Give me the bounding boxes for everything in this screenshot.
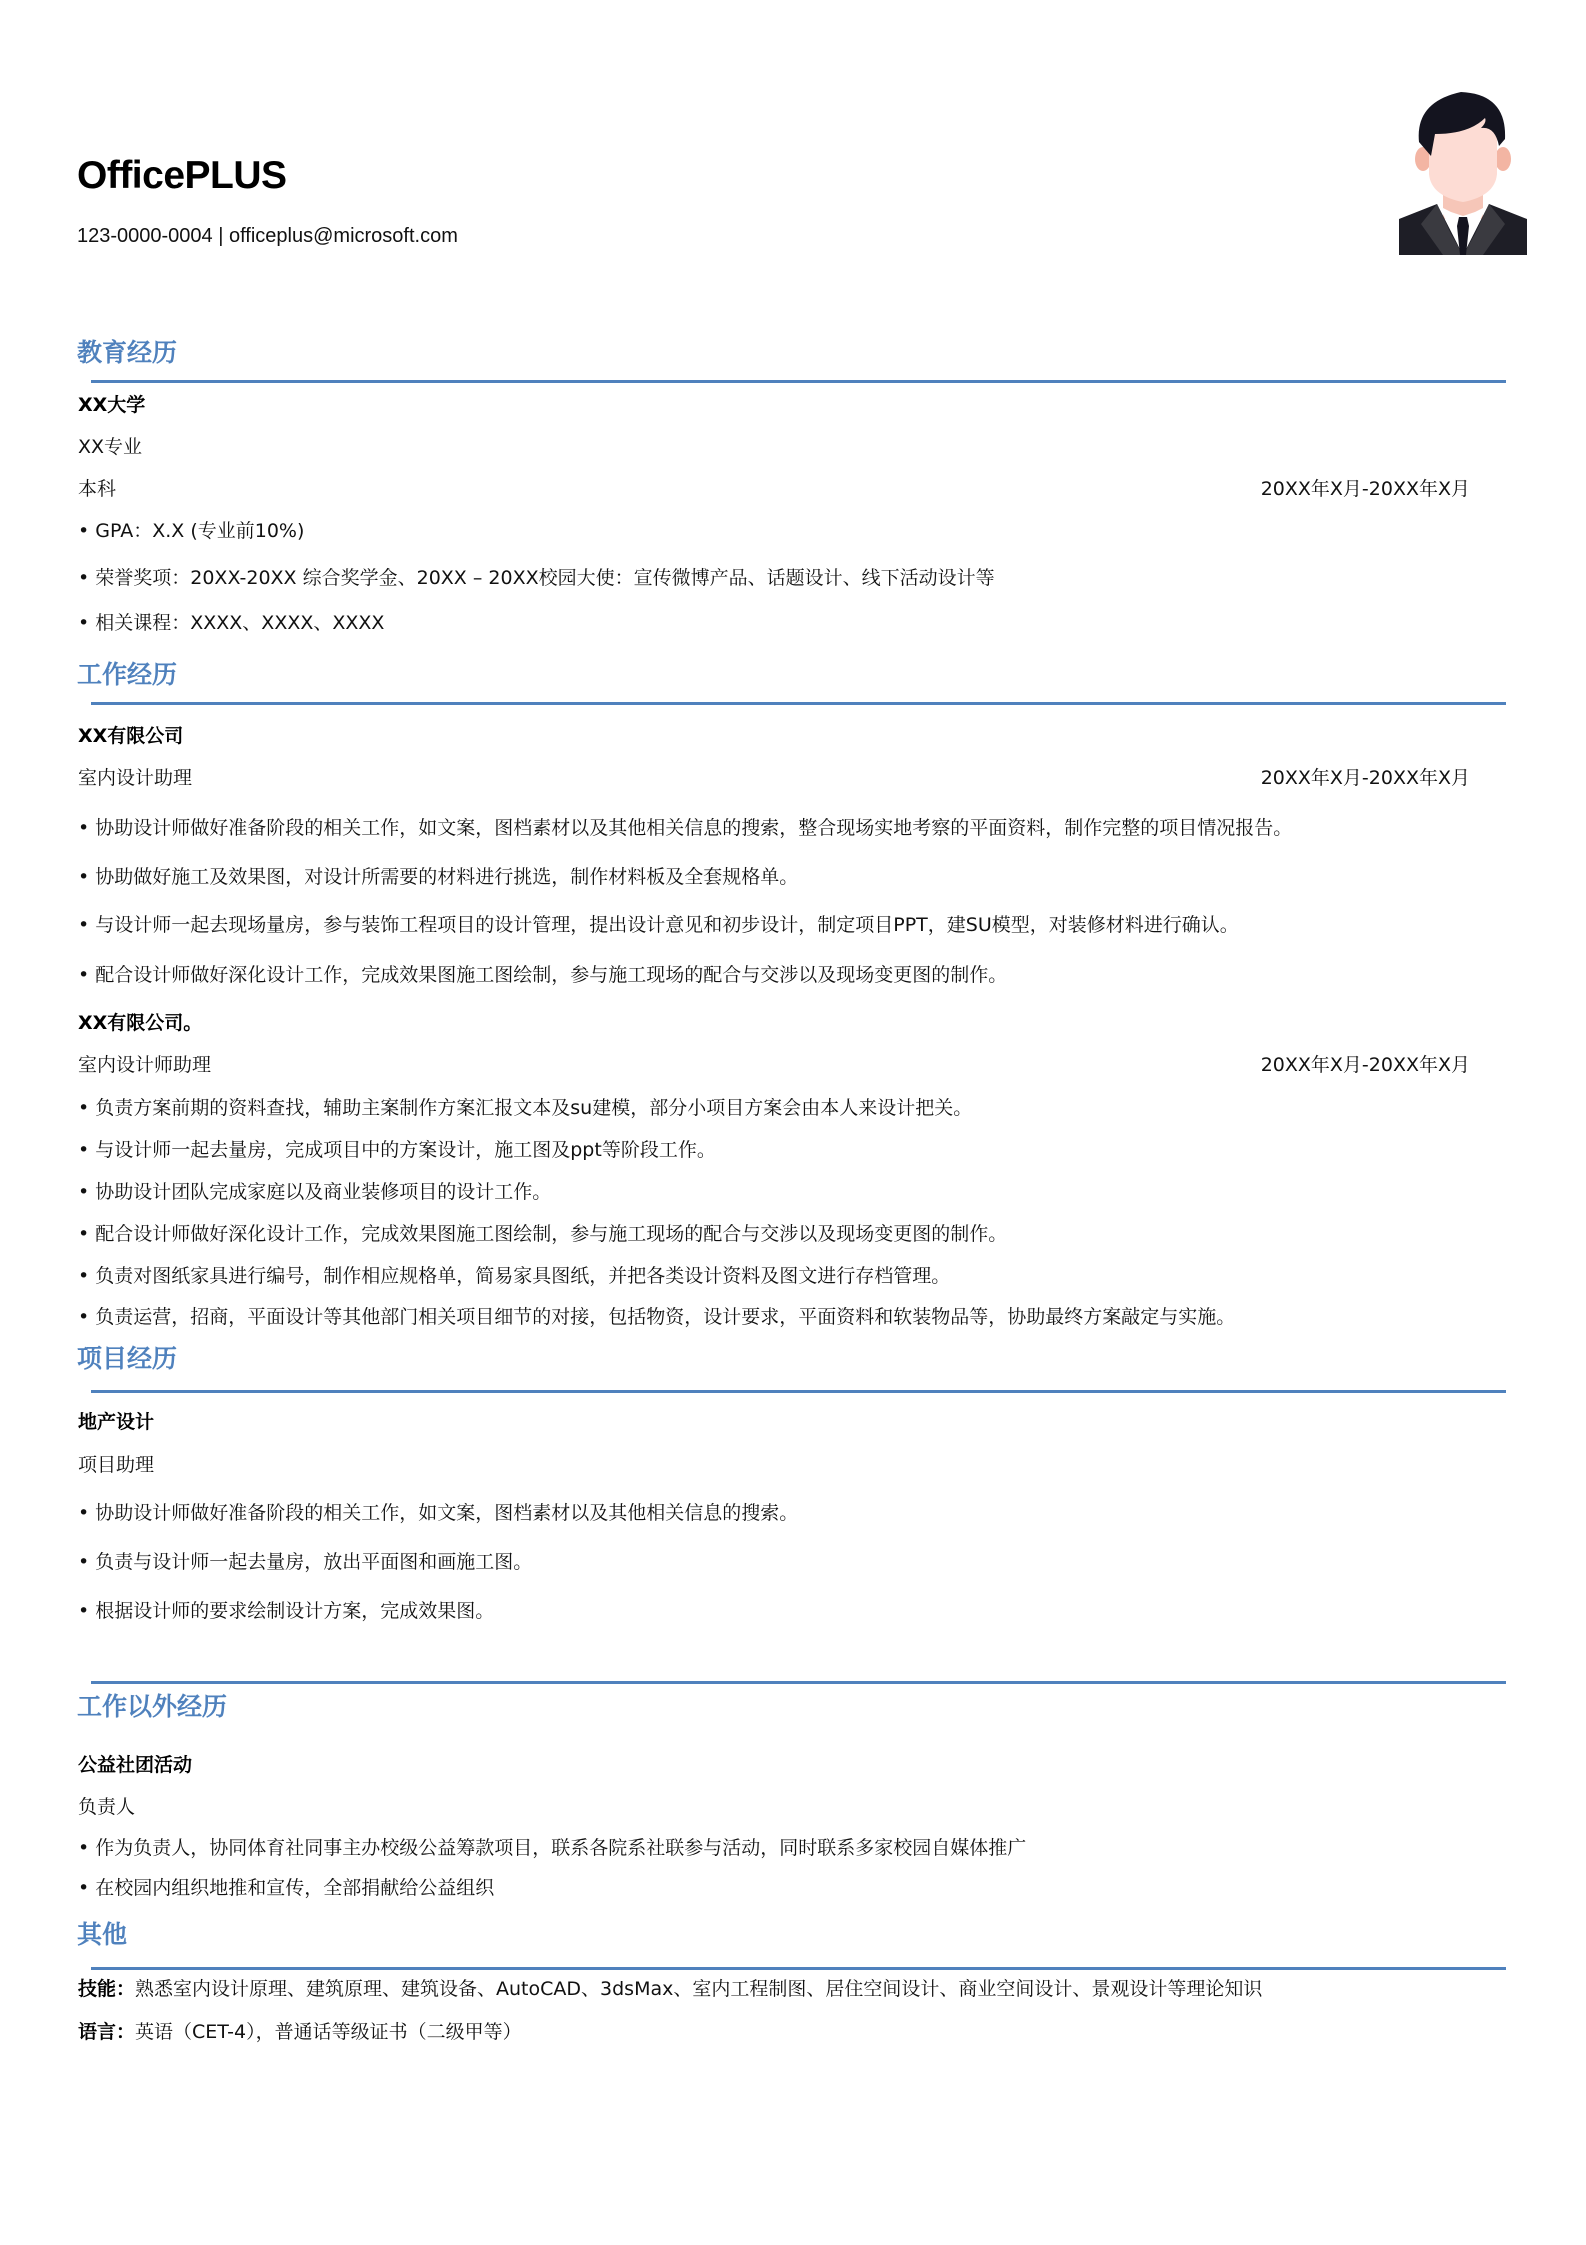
company-name: XX有限公司 xyxy=(78,722,183,750)
activity-role: 负责人 xyxy=(78,1793,135,1821)
education-bullet: • 荣誉奖项：20XX-20XX 综合奖学金、20XX – 20XX校园大使：宣… xyxy=(78,564,995,592)
education-date: 20XX年X月-20XX年X月 xyxy=(1261,475,1470,503)
job-bullet: • 负责对图纸家具进行编号，制作相应规格单，简易家具图纸，并把各类设计资料及图文… xyxy=(78,1262,950,1290)
company-name: XX有限公司。 xyxy=(78,1009,202,1037)
activity-bullet: • 在校园内组织地推和宣传，全部捐献给公益组织 xyxy=(78,1874,494,1902)
contact-info: 123-0000-0004 | officeplus@microsoft.com xyxy=(77,222,458,250)
section-title-project: 项目经历 xyxy=(77,1342,177,1376)
skills-text: 熟悉室内设计原理、建筑原理、建筑设备、AutoCAD、3dsMax、室内工程制图… xyxy=(135,1978,1262,2000)
project-bullet: • 根据设计师的要求绘制设计方案，完成效果图。 xyxy=(78,1597,494,1625)
skills-label: 技能： xyxy=(78,1978,135,2000)
job-date: 20XX年X月-20XX年X月 xyxy=(1261,1051,1470,1079)
job-bullet: • 协助设计团队完成家庭以及商业装修项目的设计工作。 xyxy=(78,1178,551,1206)
job-role: 室内设计助理 xyxy=(78,764,192,792)
job-date: 20XX年X月-20XX年X月 xyxy=(1261,764,1470,792)
job-bullet: • 负责方案前期的资料查找，辅助主案制作方案汇报文本及su建模，部分小项目方案会… xyxy=(78,1094,972,1122)
education-bullet: • GPA：X.X (专业前10%) xyxy=(78,517,304,545)
section-title-other: 其他 xyxy=(77,1918,127,1952)
degree: 本科 xyxy=(78,475,116,503)
job-bullet: • 协助设计师做好准备阶段的相关工作，如文案，图档素材以及其他相关信息的搜索，整… xyxy=(78,814,1292,842)
job-bullet: • 与设计师一起去现场量房，参与装饰工程项目的设计管理，提出设计意见和初步设计，… xyxy=(78,911,1239,939)
section-title-work: 工作经历 xyxy=(77,658,177,692)
project-bullet: • 协助设计师做好准备阶段的相关工作，如文案，图档素材以及其他相关信息的搜索。 xyxy=(78,1499,798,1527)
language-text: 英语（CET-4），普通话等级证书（二级甲等） xyxy=(135,2021,522,2043)
skills-line: 技能：熟悉室内设计原理、建筑原理、建筑设备、AutoCAD、3dsMax、室内工… xyxy=(78,1975,1262,2003)
job-bullet: • 配合设计师做好深化设计工作，完成效果图施工图绘制，参与施工现场的配合与交涉以… xyxy=(78,1220,1007,1248)
activity-bullet: • 作为负责人，协同体育社同事主办校级公益筹款项目，联系各院系社联参与活动，同时… xyxy=(78,1834,1026,1862)
section-divider xyxy=(91,1390,1506,1393)
job-bullet: • 与设计师一起去量房，完成项目中的方案设计，施工图及ppt等阶段工作。 xyxy=(78,1136,716,1164)
activity-name: 公益社团活动 xyxy=(78,1751,192,1779)
section-divider xyxy=(91,1681,1506,1684)
major: XX专业 xyxy=(78,433,142,461)
job-bullet: • 协助做好施工及效果图，对设计所需要的材料进行挑选，制作材料板及全套规格单。 xyxy=(78,863,798,891)
avatar-icon xyxy=(1399,84,1527,255)
school-name: XX大学 xyxy=(78,391,145,419)
project-role: 项目助理 xyxy=(78,1451,154,1479)
job-bullet: • 负责运营，招商，平面设计等其他部门相关项目细节的对接，包括物资，设计要求，平… xyxy=(78,1303,1235,1331)
job-bullet: • 配合设计师做好深化设计工作，完成效果图施工图绘制，参与施工现场的配合与交涉以… xyxy=(78,961,1007,989)
section-divider xyxy=(91,702,1506,705)
job-role: 室内设计师助理 xyxy=(78,1051,211,1079)
candidate-name: OfficePLUS xyxy=(77,150,287,202)
section-title-education: 教育经历 xyxy=(77,336,177,370)
section-divider xyxy=(91,1967,1506,1970)
education-bullet: • 相关课程：XXXX、XXXX、XXXX xyxy=(78,609,384,637)
section-title-extracurricular: 工作以外经历 xyxy=(77,1690,227,1724)
language-line: 语言：英语（CET-4），普通话等级证书（二级甲等） xyxy=(78,2018,522,2046)
project-name: 地产设计 xyxy=(78,1408,154,1436)
avatar-photo xyxy=(1399,84,1527,255)
language-label: 语言： xyxy=(78,2021,135,2043)
section-divider xyxy=(91,380,1506,383)
project-bullet: • 负责与设计师一起去量房，放出平面图和画施工图。 xyxy=(78,1548,532,1576)
